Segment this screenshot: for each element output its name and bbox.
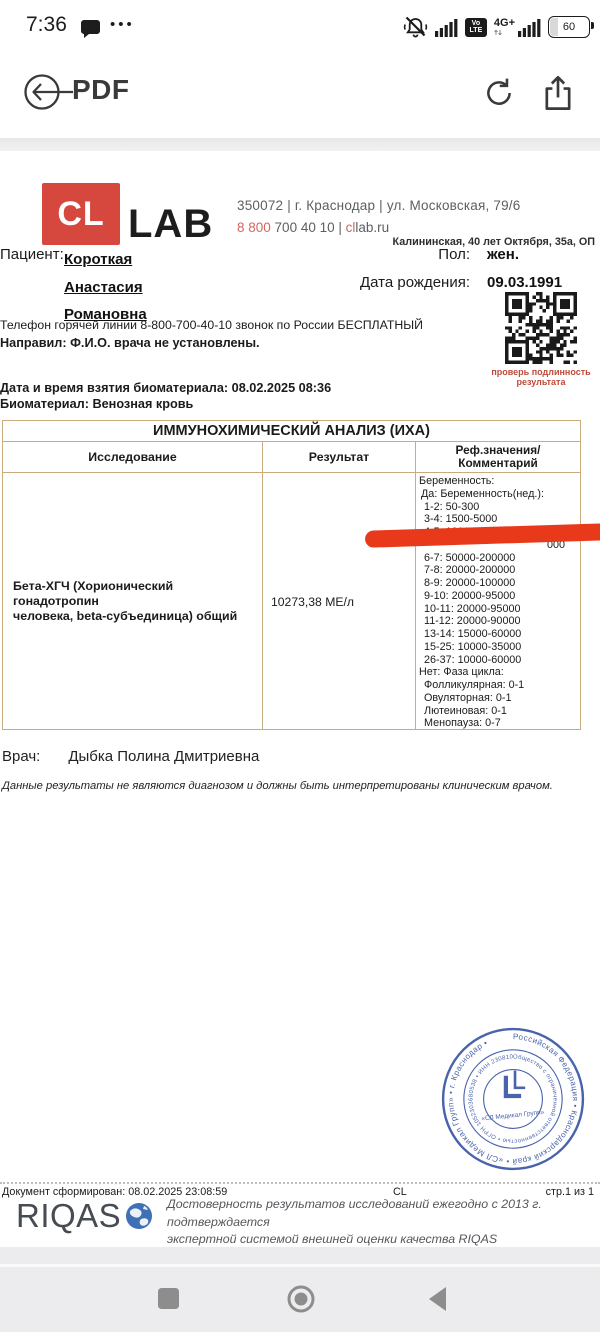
ref-value: Беременность:	[419, 475, 580, 488]
lab-address: 350072 | г. Краснодар | ул. Московская, …	[237, 198, 520, 213]
back-button[interactable]	[22, 70, 74, 114]
sex-label: Пол:	[290, 246, 470, 263]
riqas-logo: RIQAS	[16, 1197, 154, 1235]
back-nav-button[interactable]	[427, 1286, 447, 1312]
ref-value: 7-8: 20000-200000	[419, 564, 580, 577]
nav-bar-hairline	[0, 1264, 600, 1267]
hotline-note: Телефон горячей линии 8-800-700-40-10 зв…	[0, 318, 423, 332]
reference-values: Беременность: Да: Беременность(нед.): 1-…	[416, 473, 580, 730]
col-header-result: Результат	[263, 442, 416, 472]
ref-value: 9-10: 20000-95000	[419, 590, 580, 603]
ref-value: 15-25: 10000-35000	[419, 641, 580, 654]
appbar-divider	[0, 138, 600, 151]
qr-caption: проверь подлинностьрезультата	[480, 367, 600, 387]
table-row: Бета-ХГЧ (Хорионический гонадотропин чел…	[3, 473, 580, 729]
mute-vibrate-icon	[403, 16, 428, 38]
ref-value: Лютеиновая: 0-1	[419, 705, 580, 718]
ref-value: 11-12: 20000-90000	[419, 615, 580, 628]
doctor-name: Дыбка Полина Дмитриевна	[68, 748, 259, 765]
ref-value: Нет: Фаза цикла:	[419, 666, 580, 679]
doctor-line: Врач:Дыбка Полина Дмитриевна	[2, 748, 259, 765]
refresh-button[interactable]	[482, 76, 516, 110]
dob-value: 09.03.1991	[487, 274, 562, 291]
stamp-center-text: «СЛ Медикал Групп»	[481, 1109, 545, 1123]
referrer-note: Направил: Ф.И.О. врача не установлены.	[0, 336, 260, 350]
logo-cl-text: CL	[57, 195, 104, 234]
lab-contacts: 8 800 700 40 10 | cllab.ru	[237, 220, 389, 235]
table-title: ИММУНОХИМИЧЕСКИЙ АНАЛИЗ (ИХА)	[3, 421, 580, 442]
ref-value: Менопауза: 0-7	[419, 717, 580, 730]
chat-bubble-icon	[80, 18, 101, 39]
status-icons: VoLTE 4G+ 60	[403, 14, 590, 40]
company-stamp: Российская Федерация • Краснодарский кра…	[437, 1023, 589, 1175]
ref-value: Овуляторная: 0-1	[419, 692, 580, 705]
battery-icon: 60	[548, 16, 590, 38]
ref-value: 10-11: 20000-95000	[419, 603, 580, 616]
sampling-note: Дата и время взятия биоматериала: 08.02.…	[0, 381, 331, 395]
home-button[interactable]	[284, 1282, 318, 1316]
footer-divider	[0, 1182, 600, 1184]
page-title: PDF	[72, 74, 130, 106]
recents-button[interactable]	[158, 1288, 179, 1309]
signal-bars2-icon	[518, 18, 541, 37]
qr-code	[505, 292, 577, 364]
stamp-logo-icon	[506, 1071, 525, 1096]
svg-text:Российская Федерация • Красн: Российская Федерация • Краснодарский кра…	[446, 1032, 580, 1166]
dob-label: Дата рождения:	[290, 274, 470, 291]
status-time: 7:36	[26, 13, 67, 37]
ref-value: 13-14: 15000-60000	[419, 628, 580, 641]
network-type-label: 4G+	[494, 18, 515, 29]
globe-icon	[124, 1201, 154, 1231]
disclaimer-text: Данные результаты не являются диагнозом …	[2, 780, 553, 792]
signal-bars-icon	[435, 18, 458, 37]
ref-value: 6-7: 50000-200000	[419, 552, 580, 565]
doctor-label: Врач:	[2, 748, 40, 765]
share-button[interactable]	[540, 74, 576, 112]
biomaterial-note: Биоматериал: Венозная кровь	[0, 397, 193, 411]
results-table: ИММУНОХИМИЧЕСКИЙ АНАЛИЗ (ИХА) Исследован…	[2, 420, 581, 730]
ref-value: 1-2: 50-300	[419, 501, 580, 514]
volte-badge-icon: VoLTE	[465, 18, 487, 37]
overflow-dots-icon: •••	[110, 16, 135, 33]
stamp-outer-text: Российская Федерация • Краснодарский кра…	[446, 1032, 580, 1166]
data-arrows-icon	[494, 29, 502, 36]
patient-name: Короткая Анастасия Романовна	[64, 246, 147, 329]
col-header-ref: Реф.значения/Комментарий	[416, 442, 580, 472]
phone-screen: 7:36 ••• VoLTE 4G+	[0, 0, 600, 1332]
test-name: Бета-ХГЧ (Хорионический гонадотропин чел…	[3, 473, 263, 730]
col-header-study: Исследование	[3, 442, 263, 472]
riqas-logo-text: RIQAS	[16, 1197, 121, 1235]
test-result: 10273,38 МЕ/л	[263, 473, 416, 730]
patient-label: Пациент:	[0, 246, 64, 263]
ref-value: Да: Беременность(нед.):	[419, 488, 580, 501]
ref-value: Фолликулярная: 0-1	[419, 679, 580, 692]
cl-lab-logo: CL	[42, 183, 120, 245]
sex-value: жен.	[487, 246, 519, 263]
ref-value: 8-9: 20000-100000	[419, 577, 580, 590]
logo-lab-text: LAB	[128, 202, 213, 247]
ref-value: 26-37: 10000-60000	[419, 654, 580, 667]
